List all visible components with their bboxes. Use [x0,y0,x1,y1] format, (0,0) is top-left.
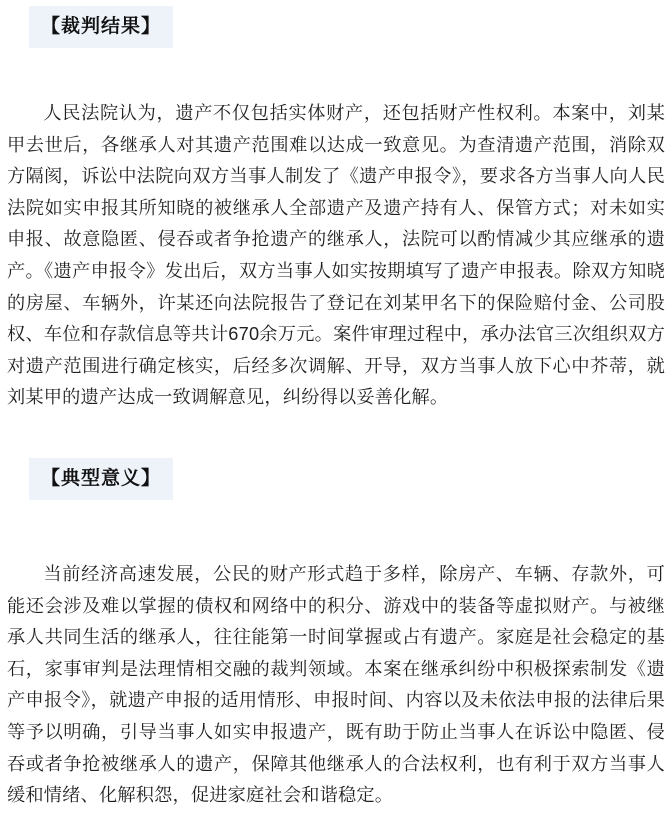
legal-case-document: 【裁判结果】 人民法院认为，遗产不仅包括实体财产，还包括财产性权利。本案中，刘某… [0,0,671,821]
judgment-result-heading-row: 【裁判结果】 [0,0,671,48]
typical-significance-heading-row: 【典型意义】 [0,414,671,500]
document-page: { "document_type": "legal-case-summary",… [0,0,671,821]
section-heading-typical-significance: 【典型意义】 [29,458,173,500]
judgment-result-paragraph: 人民法院认为，遗产不仅包括实体财产，还包括财产性权利。本案中，刘某甲去世后，各继… [7,98,665,414]
typical-significance-paragraph: 当前经济高速发展，公民的财产形式趋于多样，除房产、车辆、存款外，可能还会涉及难以… [7,559,665,812]
section-heading-judgment-result: 【裁判结果】 [29,6,173,48]
